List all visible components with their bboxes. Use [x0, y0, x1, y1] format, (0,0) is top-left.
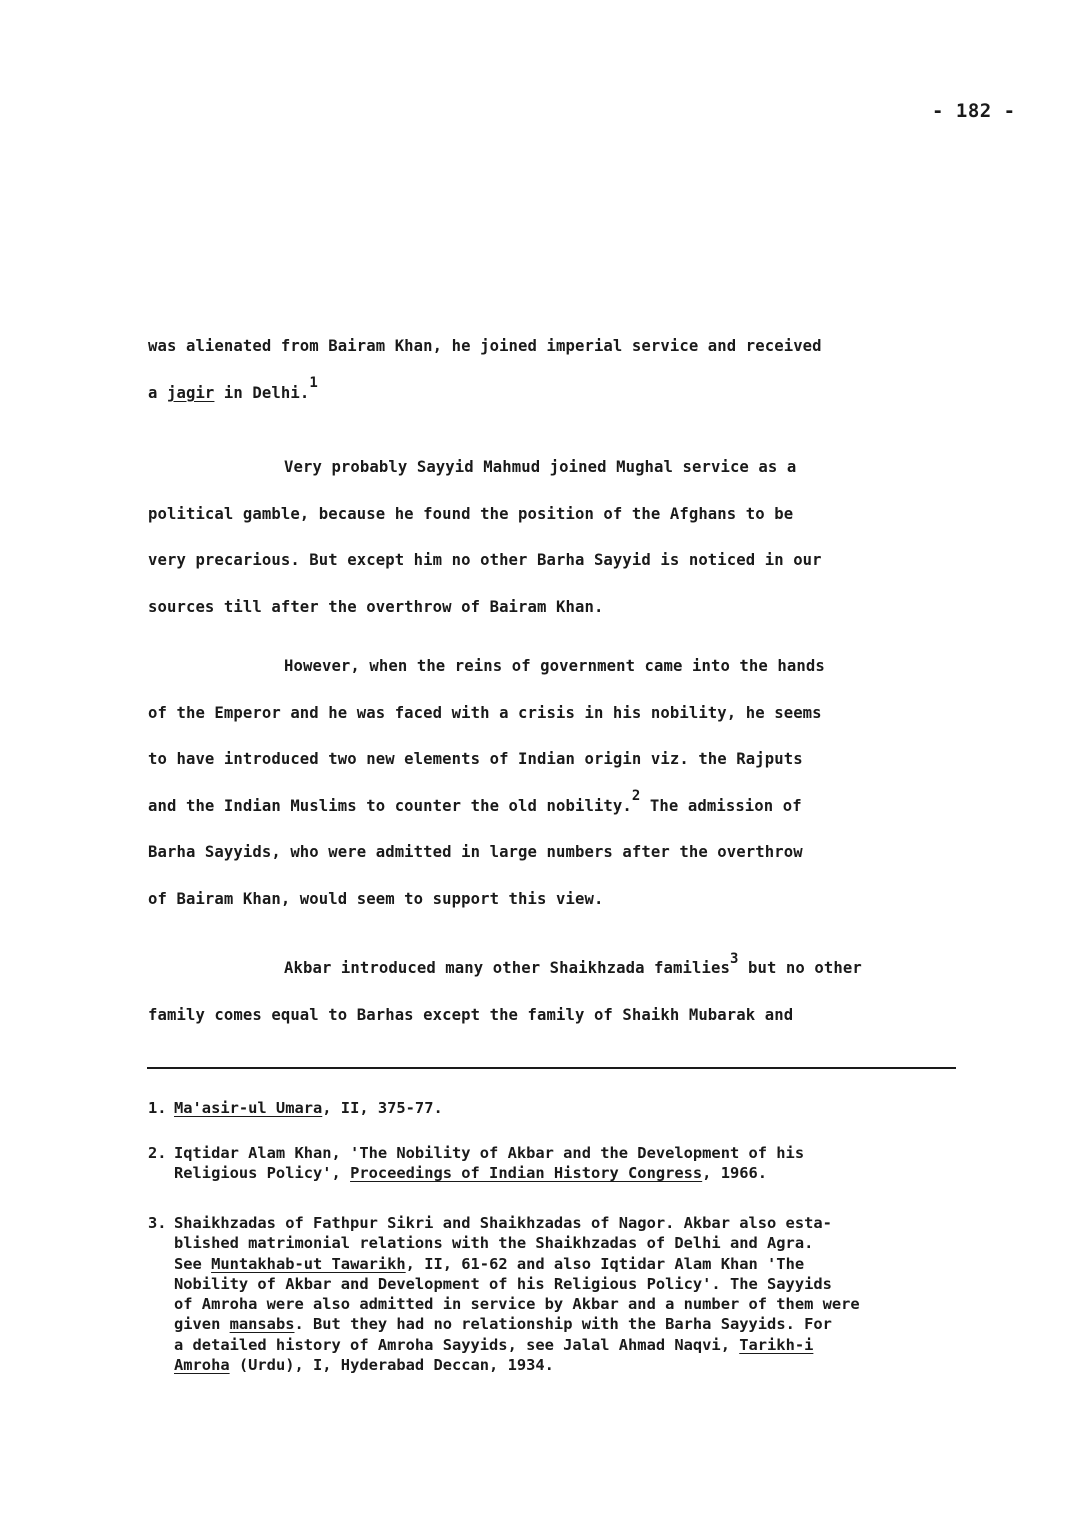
text-line: However, when the reins of government ca… [148, 643, 968, 690]
underlined-term: jagir [167, 384, 214, 402]
cited-title: Muntakhab-ut Tawarikh [211, 1255, 406, 1273]
text-line: Barha Sayyids, who were admitted in larg… [148, 829, 968, 876]
text-line: of Bairam Khan, would seem to support th… [148, 876, 968, 923]
text-line: a jagir in Delhi.1 [148, 370, 968, 417]
text-line: Very probably Sayyid Mahmud joined Mugha… [148, 444, 968, 491]
footnote-2: 2. Iqtidar Alam Khan, 'The Nobility of A… [148, 1143, 998, 1184]
text-line: to have introduced two new elements of I… [148, 736, 968, 783]
cited-title: Tarikh-i [739, 1336, 813, 1354]
text-line: family comes equal to Barhas except the … [148, 992, 968, 1039]
footnote-number: 2. [148, 1143, 174, 1184]
text-line: very precarious. But except him no other… [148, 537, 968, 584]
cited-title: Ma'asir-ul Umara [174, 1099, 322, 1117]
footnote-3: 3. Shaikhzadas of Fathpur Sikri and Shai… [148, 1213, 998, 1375]
footnote-ref: 3 [730, 951, 739, 967]
paragraph-2: Very probably Sayyid Mahmud joined Mugha… [148, 444, 968, 630]
text-line: sources till after the overthrow of Bair… [148, 584, 968, 631]
text-line: was alienated from Bairam Khan, he joine… [148, 323, 968, 370]
paragraph-4: Akbar introduced many other Shaikhzada f… [148, 945, 968, 1038]
paragraph-1: was alienated from Bairam Khan, he joine… [148, 323, 968, 416]
footnote-number: 1. [148, 1098, 174, 1118]
footnote-number: 3. [148, 1213, 174, 1375]
text-line: of the Emperor and he was faced with a c… [148, 690, 968, 737]
text-line: Akbar introduced many other Shaikhzada f… [148, 945, 968, 992]
cited-title: Proceedings of Indian History Congress [350, 1164, 702, 1182]
text-line: political gamble, because he found the p… [148, 491, 968, 538]
underlined-term: mansabs [230, 1315, 295, 1333]
paragraph-3: However, when the reins of government ca… [148, 643, 968, 922]
footnote-ref: 1 [309, 375, 318, 391]
footnote-divider [147, 1067, 956, 1069]
text-line: and the Indian Muslims to counter the ol… [148, 783, 968, 830]
cited-title: Amroha [174, 1356, 230, 1374]
page-number: - 182 - [932, 100, 1016, 122]
footnote-ref: 2 [632, 788, 641, 804]
footnote-1: 1. Ma'asir-ul Umara, II, 375-77. [148, 1098, 998, 1118]
